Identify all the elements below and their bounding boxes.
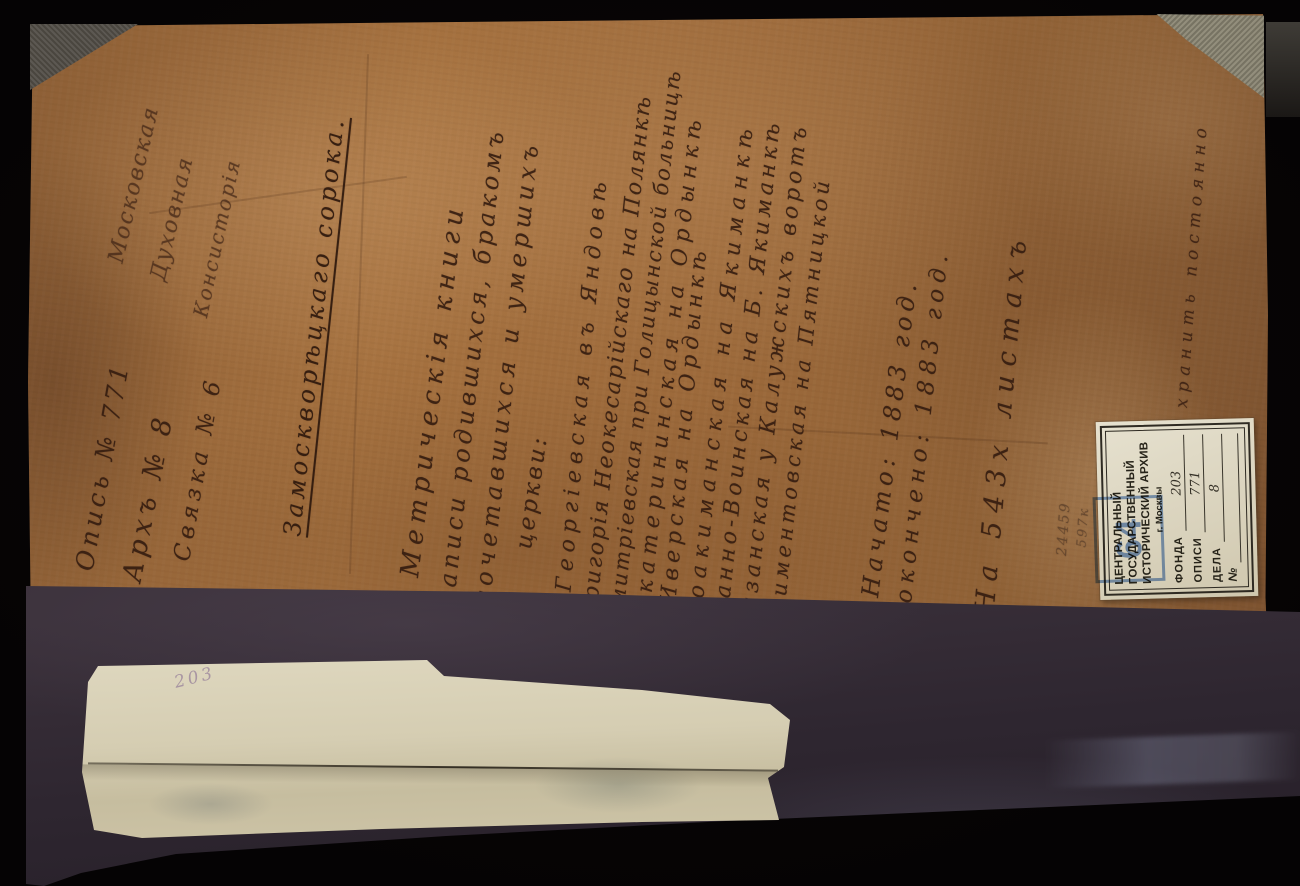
strip-faint-number: 203: [172, 663, 217, 692]
opis-field: ОПИСИ 771: [1185, 434, 1205, 582]
delo-value: 8: [1206, 434, 1225, 543]
fond-label: ФОНДА: [1173, 536, 1186, 583]
number-sign: №: [1226, 568, 1240, 582]
number-field: №: [1222, 433, 1240, 581]
fond-value: 203: [1168, 435, 1187, 532]
number-value: [1237, 433, 1241, 562]
fond-field: ФОНДА 203: [1166, 435, 1186, 583]
pencil-mark: 597к: [1075, 506, 1093, 548]
spine-sheen: [1045, 732, 1300, 789]
blue-ink-stamp: 64: [1093, 495, 1166, 583]
frayed-fabric-edge: [1266, 22, 1300, 117]
opis-value: 771: [1187, 434, 1206, 532]
delo-field: ДЕЛА 8: [1204, 434, 1224, 582]
opis-label: ОПИСИ: [1192, 537, 1205, 583]
stamp-number: 64: [1107, 518, 1150, 559]
delo-label: ДЕЛА: [1211, 547, 1224, 582]
archival-book-photo: Московская Духовная Консисторія Опись № …: [0, 0, 1300, 886]
